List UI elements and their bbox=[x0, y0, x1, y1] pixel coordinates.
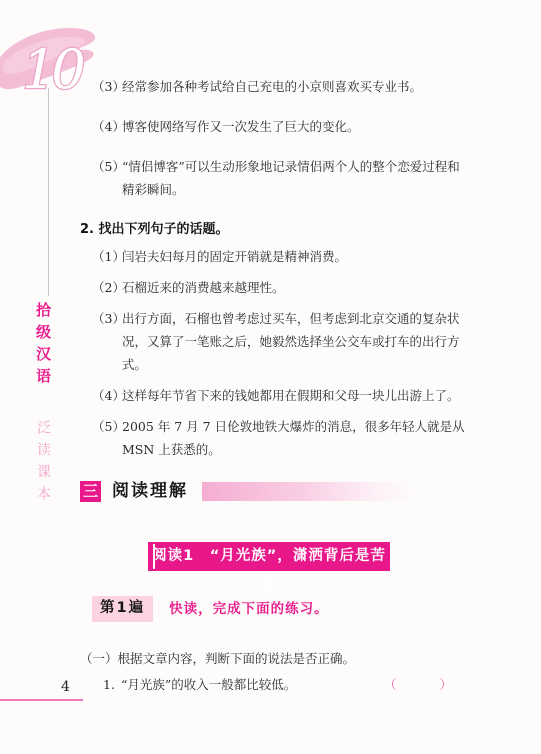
pass1-instruction: 快读，完成下面的练习。 bbox=[169, 598, 329, 621]
section-header: 三 阅读理解 bbox=[80, 480, 472, 503]
exercise2-heading: 2. 找出下列句子的话题。 bbox=[80, 218, 472, 241]
reading1-banner: 阅读1 “月光族”，潇洒背后是苦笑 bbox=[148, 542, 390, 571]
item-text: 2005 年 7 月 7 日伦敦地铁大爆炸的消息，很多年轻人就是从 MSN 上获… bbox=[122, 415, 472, 461]
exercise1-item: （4） 博客使网络写作又一次发生了巨大的变化。 bbox=[92, 115, 472, 138]
item-number: （1） bbox=[92, 245, 122, 268]
sidebar-book-title: 泛读课本 bbox=[33, 420, 53, 508]
item-number: （4） bbox=[92, 384, 122, 407]
page-number: 4 bbox=[61, 679, 70, 695]
item-number: （3） bbox=[92, 307, 122, 376]
item-text: “情侣博客”可以生动形象地记录情侣两个人的整个恋爱过程和精彩瞬间。 bbox=[122, 155, 472, 201]
sidebar-series-title: 拾级汉语 bbox=[33, 302, 54, 390]
section-title: 阅读理解 bbox=[112, 480, 188, 503]
pass1-row: 第1遍 快读，完成下面的练习。 bbox=[92, 596, 472, 622]
item-number: 1. bbox=[103, 673, 115, 696]
item-text: 这样每年节省下来的钱她都用在假期和父母一块儿出游上了。 bbox=[122, 384, 472, 407]
task-a-heading: （一）根据文章内容，判断下面的说法是否正确。 bbox=[80, 647, 472, 670]
book-page: 10 拾级汉语 泛读课本 （3） 经常参加各种考试给自己充电的小京则喜欢买专业书… bbox=[0, 0, 541, 754]
item-text: 闫岩夫妇每月的固定开销就是精神消费。 bbox=[122, 245, 472, 268]
exercise2-item: （1） 闫岩夫妇每月的固定开销就是精神消费。 bbox=[92, 245, 472, 268]
exercise2-item: （3） 出行方面，石榴也曾考虑过买车，但考虑到北京交通的复杂状况，又算了一笔账之… bbox=[92, 307, 472, 376]
exercise2: 2. 找出下列句子的话题。 （1） 闫岩夫妇每月的固定开销就是精神消费。 （2）… bbox=[92, 218, 472, 461]
exercise2-item: （4） 这样每年节省下来的钱她都用在假期和父母一块儿出游上了。 bbox=[92, 384, 472, 407]
exercise2-item: （5） 2005 年 7 月 7 日伦敦地铁大爆炸的消息，很多年轻人就是从 MS… bbox=[92, 415, 472, 461]
item-text: 经常参加各种考试给自己充电的小京则喜欢买专业书。 bbox=[122, 75, 472, 98]
section-three-icon: 三 bbox=[80, 481, 101, 502]
pass1-badge: 第1遍 bbox=[92, 596, 153, 622]
task-item: 1. “月光族”的收入一般都比较低。 （ ） bbox=[103, 673, 472, 696]
item-number: （5） bbox=[92, 415, 122, 461]
page-content: （3） 经常参加各种考试给自己充电的小京则喜欢买专业书。 （4） 博客使网络写作… bbox=[92, 75, 472, 696]
sidebar-rule bbox=[48, 88, 49, 296]
answer-blank: （ ） bbox=[384, 673, 458, 696]
exercise1-item: （5） “情侣博客”可以生动形象地记录情侣两个人的整个恋爱过程和精彩瞬间。 bbox=[92, 155, 472, 201]
chapter-number: 10 bbox=[22, 38, 84, 101]
item-text: 博客使网络写作又一次发生了巨大的变化。 bbox=[122, 115, 472, 138]
item-number: （5） bbox=[92, 155, 122, 201]
item-number: （2） bbox=[92, 276, 122, 299]
exercise1-item: （3） 经常参加各种考试给自己充电的小京则喜欢买专业书。 bbox=[92, 75, 472, 98]
item-number: （4） bbox=[92, 115, 122, 138]
exercise2-item: （2） 石榴近来的消费越来越理性。 bbox=[92, 276, 472, 299]
footer-rule bbox=[0, 699, 83, 701]
item-number: （3） bbox=[92, 75, 122, 98]
item-text: 石榴近来的消费越来越理性。 bbox=[122, 276, 472, 299]
section-gradient-bar bbox=[202, 482, 418, 501]
item-text: “月光族”的收入一般都比较低。 bbox=[121, 673, 296, 696]
item-text: 出行方面，石榴也曾考虑过买车，但考虑到北京交通的复杂状况，又算了一笔账之后，她毅… bbox=[122, 307, 472, 376]
